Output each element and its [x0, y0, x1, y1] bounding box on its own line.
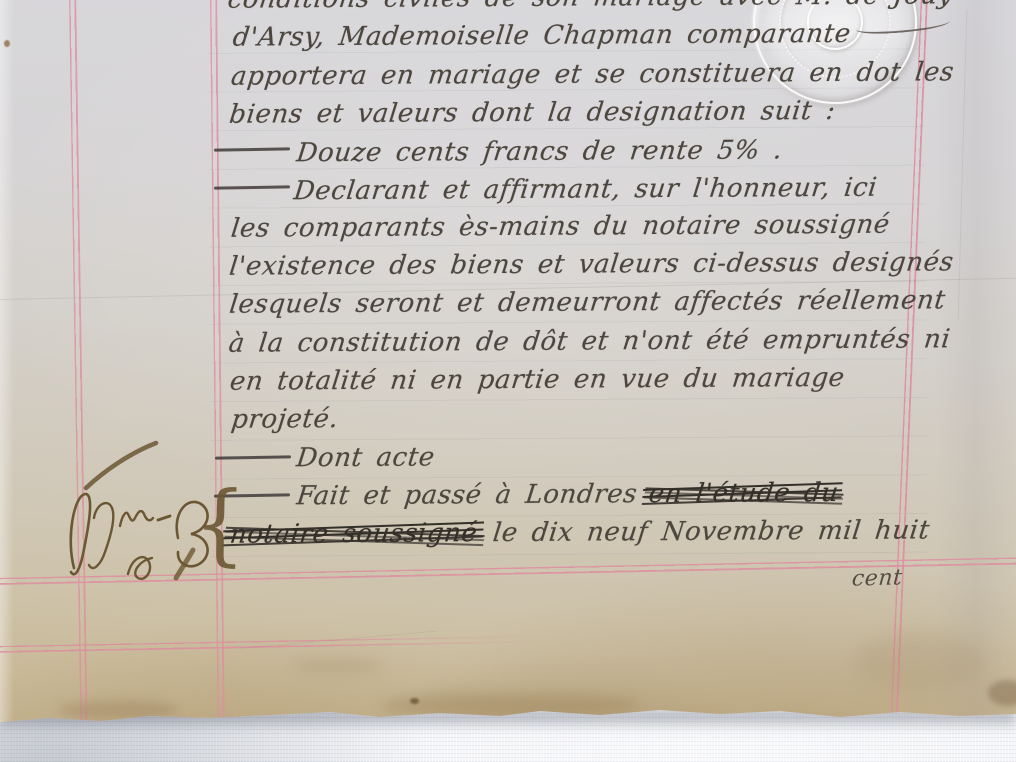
- handwriting-text: projeté.: [229, 402, 340, 437]
- manuscript-line: projeté.: [229, 402, 336, 437]
- handwriting-text: en totalité ni en partie en vue du maria…: [228, 361, 847, 399]
- manuscript-line: à la constitution de dôt et n'ont été em…: [227, 322, 949, 360]
- manuscript-line: en totalité ni en partie en vue du maria…: [228, 361, 843, 399]
- handwriting-layer: conditions civiles de son mariage avec M…: [0, 0, 1016, 762]
- manuscript-line: lesquels seront et demeurront affectés r…: [227, 283, 943, 321]
- pen-flourish: [855, 16, 950, 35]
- handwriting-text: le dix neuf Novembre mil huit: [492, 513, 933, 550]
- struck-text: en l'étude du: [647, 476, 841, 511]
- manuscript-line: Declarant et affirmant, sur l'honneur, i…: [292, 171, 875, 209]
- photo-scene: conditions civiles de son mariage avec M…: [0, 0, 1016, 762]
- manuscript-line: d'Arsy, Mademoiselle Chapman comparante: [231, 16, 950, 54]
- handwriting-text: l'existence des biens et valeurs ci-dess…: [227, 245, 955, 283]
- struck-text: notaire soussigné: [228, 516, 479, 552]
- handwriting-text: d'Arsy, Mademoiselle Chapman comparante: [231, 17, 853, 55]
- manuscript-line: Dont acte: [294, 440, 432, 475]
- manuscript-line: les comparants ès-mains du notaire souss…: [229, 208, 888, 246]
- handwriting-text: Douze cents francs de rente 5% .: [295, 133, 785, 170]
- manuscript-line: biens et valeurs dont la designation sui…: [227, 94, 833, 132]
- document-page: conditions civiles de son mariage avec M…: [0, 0, 1016, 762]
- handwriting-text: biens et valeurs dont la designation sui…: [227, 94, 837, 132]
- handwriting-text: à la constitution de dôt et n'ont été em…: [227, 322, 953, 360]
- manuscript-line: Fait et passé à Londresen l'étude du: [295, 476, 838, 513]
- handwriting-text: conditions civiles de son mariage avec M…: [226, 0, 956, 17]
- handwriting-text: apportera en mariage et se constituera e…: [229, 55, 956, 93]
- handwriting-text: lesquels seront et demeurront affectés r…: [228, 283, 948, 321]
- manuscript-line: conditions civiles de son mariage avec M…: [226, 0, 952, 17]
- manuscript-line: notaire soussignéle dix neuf Novembre mi…: [228, 513, 928, 551]
- manuscript-line: l'existence des biens et valeurs ci-dess…: [227, 245, 951, 283]
- brace-mark: {: [193, 480, 247, 570]
- manuscript-line: Douze cents francs de rente 5% .: [295, 133, 781, 170]
- catchword: cent: [851, 565, 903, 591]
- manuscript-line: apportera en mariage et se constituera e…: [229, 55, 952, 93]
- handwriting-text: Fait et passé à Londres: [295, 477, 639, 513]
- handwriting-text: les comparants ès-mains du notaire souss…: [229, 208, 892, 246]
- handwriting-text: Dont acte: [295, 440, 437, 475]
- handwriting-text: Declarant et affirmant, sur l'honneur, i…: [292, 171, 879, 209]
